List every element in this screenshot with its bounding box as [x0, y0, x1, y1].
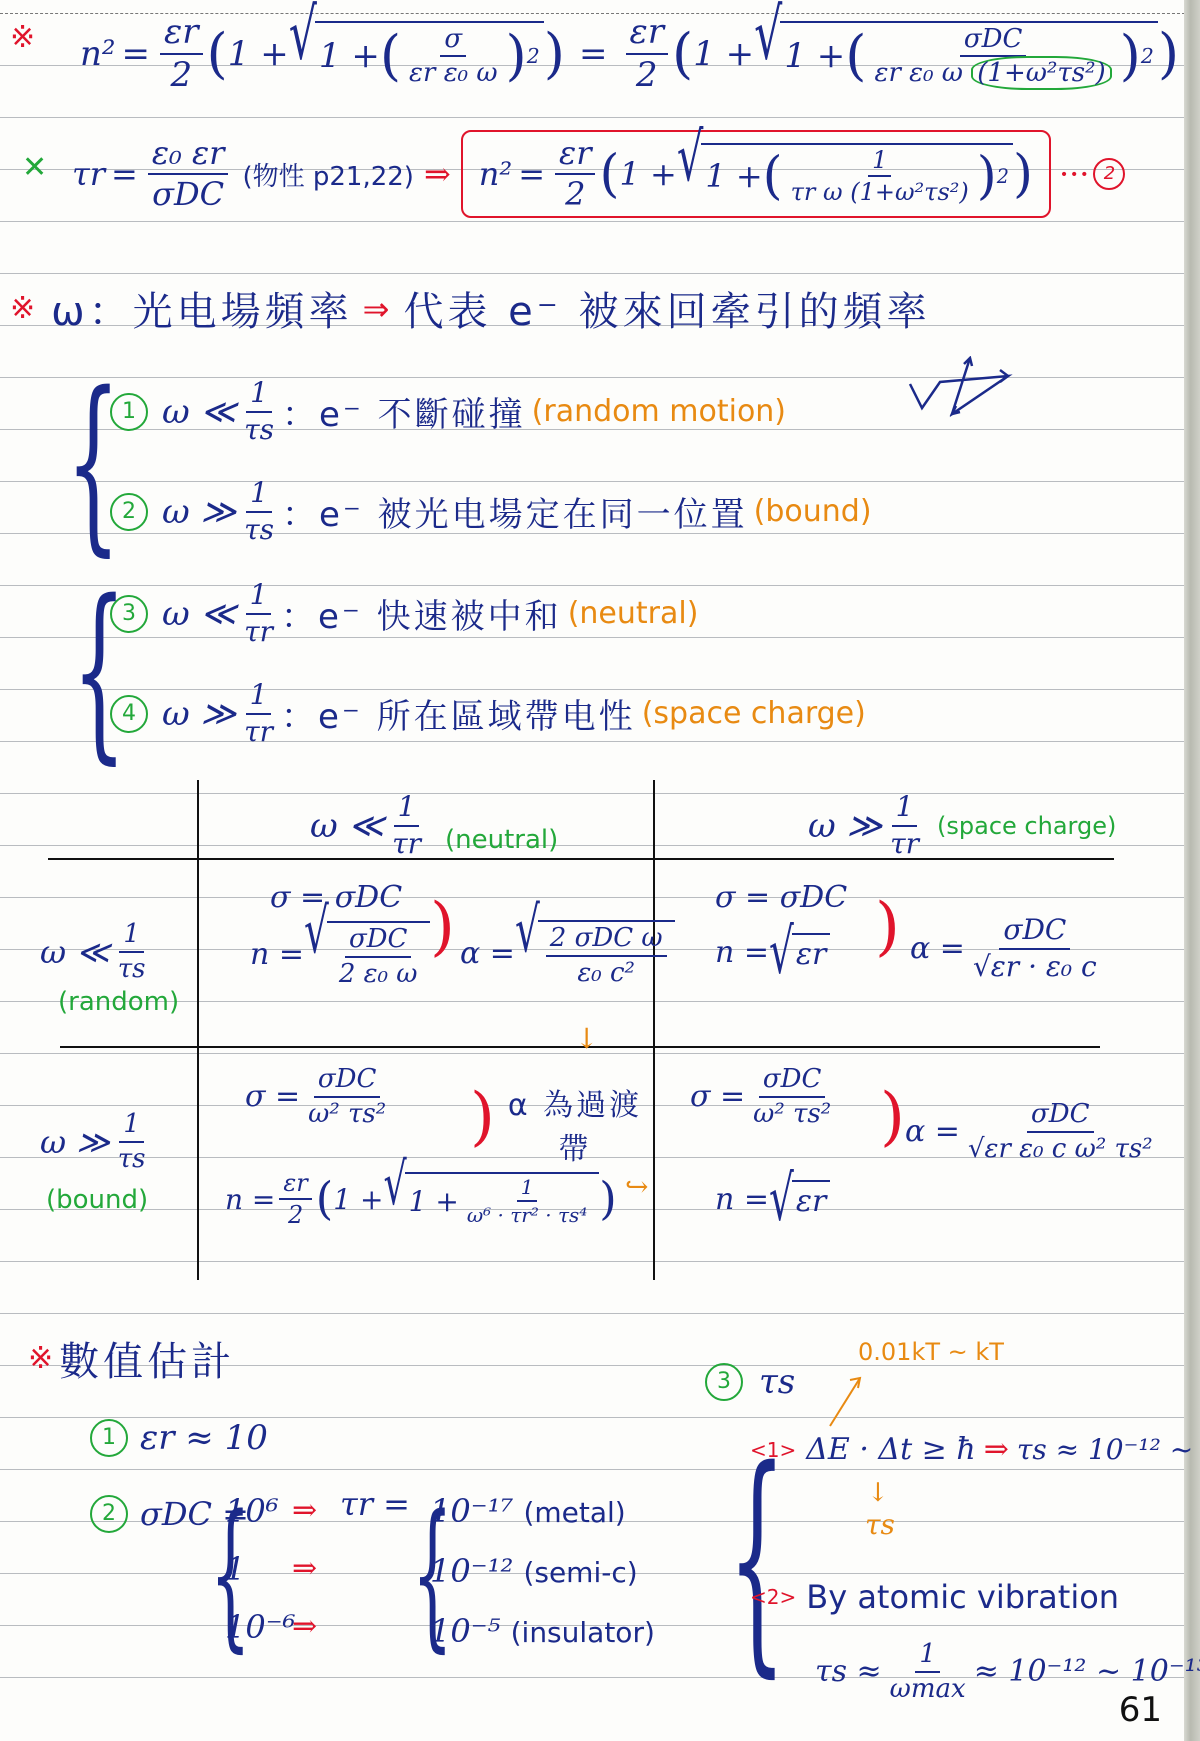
estimate-1: 1 εr ≈ 10: [90, 1418, 268, 1458]
dt-note: τs: [865, 1508, 895, 1541]
case-2: 2 ω ≫ 1τs ：e⁻ 被光电場定在同一位置 (bound): [110, 478, 872, 546]
case-1: 1 ω ≪ 1τs ：e⁻ 不斷碰撞 (random motion): [110, 378, 786, 446]
page-number: 61: [1119, 1690, 1162, 1730]
section-title: 數值估計: [59, 1330, 235, 1387]
energy-note: 0.01kT ~ kT: [858, 1338, 1004, 1366]
curved-arrow-icon: ↪: [625, 1170, 648, 1203]
red-bracket: ): [880, 1080, 905, 1154]
table-vline-1: [197, 780, 199, 1280]
cell-bound-space-charge-alpha: α = σDC√εr ε₀ c ω² τs²: [905, 1100, 1161, 1163]
table-vline-2: [653, 780, 655, 1280]
cell-bound-space-charge-sigma: σ = σDCω² τs²: [690, 1065, 839, 1128]
asterisk-mark-icon: ※: [10, 291, 35, 326]
cell-bound-neutral-sigma: σ = σDCω² τs²: [245, 1065, 394, 1128]
case-tag: (random motion): [532, 394, 786, 429]
relaxation-time-equation: τr = ε₀ εrσDC (物性 p21,22) ⇒ n² = εr2 ( 1…: [72, 130, 1125, 218]
cell-random-neutral: σ = σDC n = √σDC2 ε₀ ω: [250, 880, 430, 988]
reference-note: (物性 p21,22): [242, 156, 414, 193]
red-bracket: ): [470, 1080, 495, 1154]
implies-arrow-icon: ⇒: [292, 1482, 317, 1540]
col-header-space-charge: ω ≫ 1τr (space charge): [808, 792, 1116, 860]
rule-line: [0, 1469, 1185, 1470]
cell-bound-space-charge-n: n = √εr: [715, 1180, 830, 1219]
random-walk-sketch-icon: [900, 356, 1020, 436]
cell-random-space-charge-alpha: α = σDC√εr · ε₀ c: [910, 915, 1105, 983]
circled-term: (1+ω²τs²): [971, 56, 1111, 90]
sigma-values: 10⁶ 1 10⁻⁶: [225, 1482, 295, 1656]
rule-line: [0, 897, 1185, 898]
atomic-vibration: <2> By atomic vibration: [750, 1578, 1119, 1616]
red-bracket: ): [875, 890, 900, 964]
implies-arrow-icon: ⇒: [292, 1540, 317, 1598]
cell-random-neutral-alpha: α = √2 σDC ωε₀ c²: [460, 920, 675, 987]
check-mark: ✕: [22, 150, 47, 185]
x-mark-icon: ✕: [22, 150, 47, 185]
col-header-neutral: ω ≪ 1τr (neutral): [310, 792, 558, 860]
uncertainty-relation: <1> ΔE · Δt ≥ ħ ⇒ τs ≈ 10⁻¹² ~ 10⁻¹⁴ (s): [750, 1432, 1200, 1467]
rule-line: [0, 1313, 1185, 1314]
notebook-binding-edge: [1184, 0, 1200, 1741]
asterisk-mark-icon: ※: [10, 20, 35, 55]
cell-bound-neutral-n: n = εr2 ( 1 + √1 +1ω⁶ · τr² · τs⁴ ): [225, 1170, 617, 1229]
cell-random-space-charge: σ = σDC n = √εr: [715, 880, 847, 972]
rule-line: [0, 117, 1185, 118]
case-3: 3 ω ≪ 1τr ：e⁻ 快速被中和 (neutral): [110, 580, 698, 648]
boxed-result: n² = εr2 ( 1 + √ 1 + ( 1τr ω (1+ω²τs²) )…: [461, 130, 1051, 218]
omega-definition: ※ ω：光电場頻率 ⇒ 代表 e⁻ 被來回牽引的頻率: [10, 280, 931, 337]
sqrt-term: √ 1 + ( σεr ε₀ ω )2: [289, 21, 544, 88]
equation-tag-2: 2: [1093, 158, 1125, 190]
coef-fraction: εr2: [160, 14, 203, 95]
case-4: 4 ω ≫ 1τr ：e⁻ 所在區域帶电性 (space charge): [110, 680, 866, 748]
arrow-column: ⇒ ⇒ ⇒: [292, 1482, 317, 1656]
implies-arrow-icon: ⇒: [363, 290, 394, 328]
asterisk-mark-icon: ※: [28, 1341, 53, 1376]
rule-line: [0, 273, 1185, 274]
estimate-3: 3 τs: [705, 1362, 795, 1402]
down-arrow-icon: ↓: [867, 1478, 889, 1508]
refractive-index-equation: n² = εr2 ( 1 + √ 1 + ( σεr ε₀ ω )2 ) = ε…: [80, 14, 1179, 95]
rule-line: [0, 1261, 1185, 1262]
row-header-bound: ω ≫ 1τs (bound): [40, 1110, 154, 1215]
implies-arrow-icon: ⇒: [984, 1432, 1009, 1467]
tau-values: 10⁻¹⁷ (metal) 10⁻¹² (semi-c) 10⁻⁵ (insul…: [430, 1482, 655, 1662]
lhs: n²: [80, 34, 116, 74]
implies-arrow-icon: ⇒: [424, 155, 451, 193]
notebook-ruled-lines: [0, 0, 1185, 1741]
implies-arrow-icon: ⇒: [292, 1598, 317, 1656]
down-arrow-icon: ↓: [575, 1022, 598, 1055]
row-header-random: ω ≪ 1τs (random): [40, 920, 179, 1017]
alpha-transition-note: α 為過渡帶: [500, 1080, 650, 1168]
orange-arrow-icon: [826, 1372, 866, 1428]
header-equation: ※: [10, 20, 35, 55]
estimates-heading: ※ 數值估計: [28, 1330, 235, 1387]
rule-line: [0, 221, 1185, 222]
red-bracket: ): [430, 890, 455, 964]
case-number: 1: [110, 393, 148, 431]
